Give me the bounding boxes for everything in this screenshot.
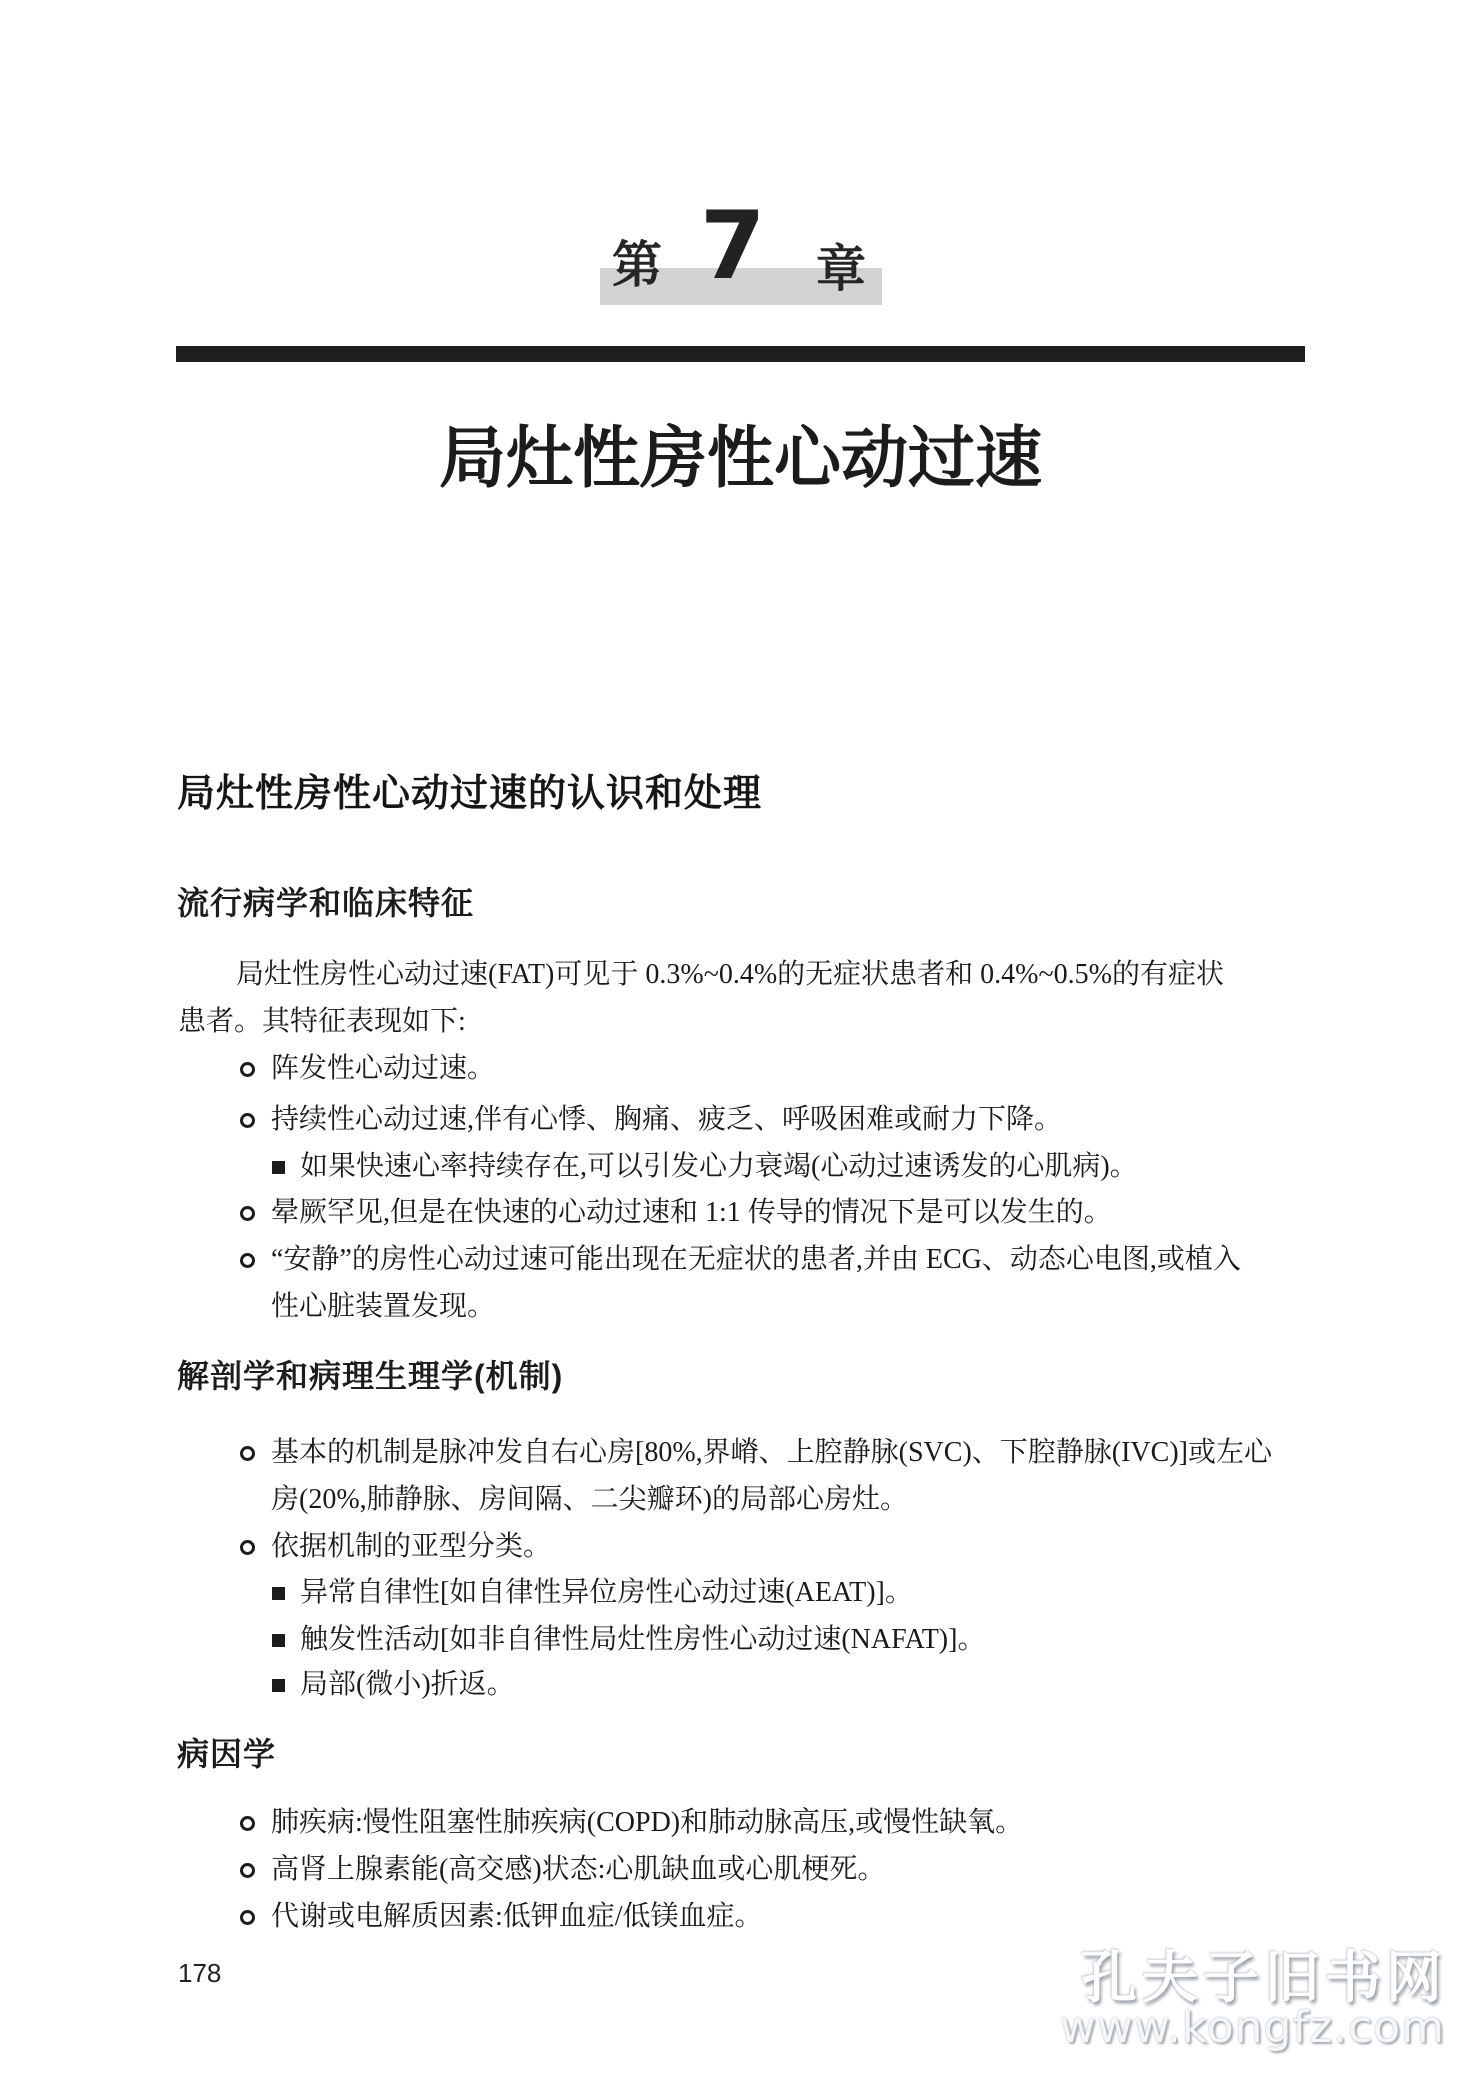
watermark-site-name: 孔夫子旧书网 bbox=[1081, 1948, 1447, 2008]
sub-bullet-item: 异常自律性[如自律性异位房性心动过速(AEAT)]。 bbox=[272, 1576, 913, 1610]
bullet-text: 依据机制的亚型分类。 bbox=[271, 1530, 551, 1564]
subsection-heading-epidemiology: 流行病学和临床特征 bbox=[177, 884, 474, 922]
bullet-item: 持续性心动过速,伴有心悸、胸痛、疲乏、呼吸困难或耐力下降。 bbox=[240, 1103, 1062, 1137]
bullet-item: 基本的机制是脉冲发自右心房[80%,界嵴、上腔静脉(SVC)、下腔静脉(IVC)… bbox=[240, 1436, 1272, 1470]
paragraph-line: 局灶性房性心动过速(FAT)可见于 0.3%~0.4%的无症状患者和 0.4%~… bbox=[236, 958, 1224, 992]
bullet-item: 代谢或电解质因素:低钾血症/低镁血症。 bbox=[240, 1900, 763, 1934]
bullet-item: 肺疾病:慢性阻塞性肺疾病(COPD)和肺动脉高压,或慢性缺氧。 bbox=[240, 1806, 1023, 1840]
square-bullet-icon bbox=[272, 1161, 285, 1174]
page-number: 178 bbox=[178, 1958, 221, 1988]
chapter-number: 7 bbox=[700, 200, 765, 294]
bullet-text: 晕厥罕见,但是在快速的心动过速和 1:1 传导的情况下是可以发生的。 bbox=[271, 1196, 1112, 1230]
main-section-heading: 局灶性房性心动过速的认识和处理 bbox=[177, 771, 762, 817]
bullet-text: 触发性活动[如非自律性局灶性房性心动过速(NAFAT)]。 bbox=[300, 1623, 985, 1657]
bullet-text: “安静”的房性心动过速可能出现在无症状的患者,并由 ECG、动态心电图,或植入 bbox=[271, 1243, 1241, 1277]
square-bullet-icon bbox=[272, 1587, 285, 1600]
bullet-text: 持续性心动过速,伴有心悸、胸痛、疲乏、呼吸困难或耐力下降。 bbox=[271, 1103, 1062, 1137]
sub-bullet-item: 触发性活动[如非自律性局灶性房性心动过速(NAFAT)]。 bbox=[272, 1623, 985, 1657]
circle-bullet-icon bbox=[240, 1253, 255, 1268]
bullet-item: 阵发性心动过速。 bbox=[240, 1052, 495, 1086]
bullet-text: 高肾上腺素能(高交感)状态:心肌缺血或心肌梗死。 bbox=[271, 1853, 885, 1887]
bullet-text: 如果快速心率持续存在,可以引发心力衰竭(心动过速诱发的心肌病)。 bbox=[300, 1150, 1138, 1184]
subsection-heading-anatomy: 解剖学和病理生理学(机制) bbox=[177, 1357, 563, 1395]
chapter-label-prefix: 第 bbox=[612, 240, 662, 290]
sub-bullet-item: 局部(微小)折返。 bbox=[272, 1668, 515, 1702]
chapter-divider-rule bbox=[176, 346, 1305, 362]
square-bullet-icon bbox=[272, 1634, 285, 1647]
square-bullet-icon bbox=[272, 1679, 285, 1692]
bullet-text: 异常自律性[如自律性异位房性心动过速(AEAT)]。 bbox=[300, 1576, 913, 1610]
page-title: 局灶性房性心动过速 bbox=[0, 420, 1481, 496]
bullet-text: 阵发性心动过速。 bbox=[271, 1052, 495, 1086]
bullet-text: 肺疾病:慢性阻塞性肺疾病(COPD)和肺动脉高压,或慢性缺氧。 bbox=[271, 1806, 1023, 1840]
chapter-label-suffix: 章 bbox=[816, 244, 866, 294]
sub-bullet-item: 如果快速心率持续存在,可以引发心力衰竭(心动过速诱发的心肌病)。 bbox=[272, 1150, 1138, 1184]
bullet-text: 局部(微小)折返。 bbox=[300, 1668, 515, 1702]
bullet-text-wrap: 性心脏装置发现。 bbox=[271, 1290, 495, 1324]
circle-bullet-icon bbox=[240, 1910, 255, 1925]
circle-bullet-icon bbox=[240, 1062, 255, 1077]
paragraph-line: 患者。其特征表现如下: bbox=[178, 1005, 466, 1039]
circle-bullet-icon bbox=[240, 1446, 255, 1461]
subsection-heading-etiology: 病因学 bbox=[177, 1735, 276, 1773]
bullet-text: 代谢或电解质因素:低钾血症/低镁血症。 bbox=[271, 1900, 763, 1934]
book-page: 第 7 章 局灶性房性心动过速 局灶性房性心动过速的认识和处理 流行病学和临床特… bbox=[0, 0, 1481, 2095]
bullet-item: 晕厥罕见,但是在快速的心动过速和 1:1 传导的情况下是可以发生的。 bbox=[240, 1196, 1112, 1230]
bullet-item: 依据机制的亚型分类。 bbox=[240, 1530, 551, 1564]
circle-bullet-icon bbox=[240, 1863, 255, 1878]
watermark-site-url: www.kongfz.com bbox=[1060, 2004, 1445, 2052]
bullet-item: 高肾上腺素能(高交感)状态:心肌缺血或心肌梗死。 bbox=[240, 1853, 885, 1887]
bullet-text: 基本的机制是脉冲发自右心房[80%,界嵴、上腔静脉(SVC)、下腔静脉(IVC)… bbox=[271, 1436, 1272, 1470]
bullet-text-wrap: 房(20%,肺静脉、房间隔、二尖瓣环)的局部心房灶。 bbox=[271, 1483, 908, 1517]
circle-bullet-icon bbox=[240, 1206, 255, 1221]
circle-bullet-icon bbox=[240, 1540, 255, 1555]
circle-bullet-icon bbox=[240, 1113, 255, 1128]
bullet-item: “安静”的房性心动过速可能出现在无症状的患者,并由 ECG、动态心电图,或植入 bbox=[240, 1243, 1241, 1277]
circle-bullet-icon bbox=[240, 1816, 255, 1831]
